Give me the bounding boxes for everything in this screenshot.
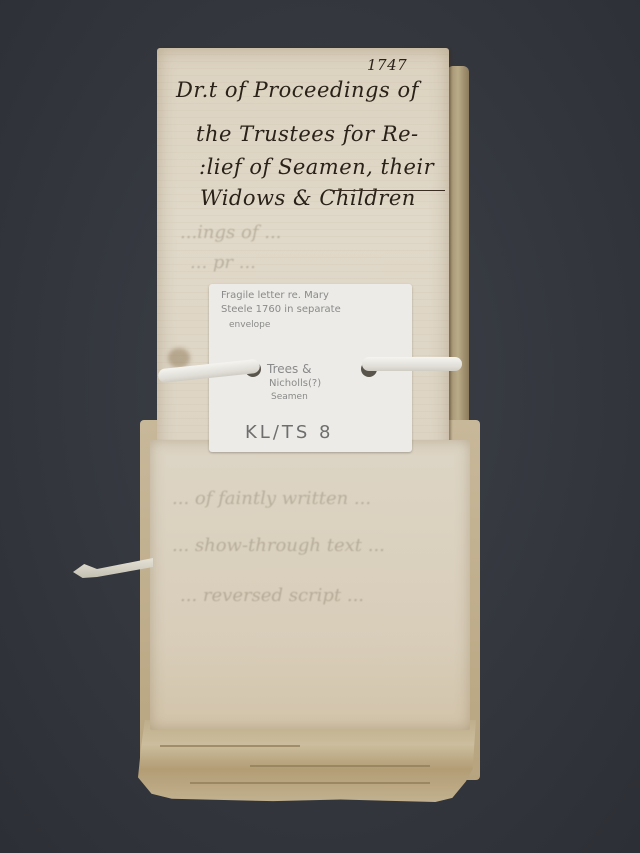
foxing-stain (168, 348, 190, 368)
show-through-text: ... reversed script ... (180, 585, 364, 606)
binding-tape (362, 357, 462, 371)
year-annotation: 1747 (367, 56, 407, 74)
tag-note: Trees & (267, 362, 311, 376)
document-bundle: 1747 Dr.t of Proceedings of the Trustees… (0, 0, 640, 853)
tag-note: Fragile letter re. Mary (221, 290, 329, 301)
show-through-text: ... of faintly written ... (172, 488, 371, 509)
tag-note: Nicholls(?) (269, 378, 321, 389)
tag-note: Steele 1760 in separate (221, 304, 341, 315)
show-through-text: ... show-through text ... (172, 535, 385, 556)
title-line-3: :lief of Seamen, their (199, 155, 434, 179)
title-line-2: the Trustees for Re- (196, 122, 419, 146)
tear-line (250, 765, 430, 767)
tear-line (190, 782, 430, 784)
title-underline (330, 190, 445, 191)
title-line-1: Dr.t of Proceedings of (176, 78, 419, 102)
show-through-text: ... pr ... (190, 252, 256, 273)
tear-line (160, 745, 300, 747)
worn-bottom-edge (138, 720, 476, 802)
shelfmark: KL/TS 8 (245, 422, 334, 443)
tag-note: Seamen (271, 392, 308, 402)
show-through-text: ...ings of ... (180, 222, 281, 243)
tag-note: envelope (229, 320, 270, 330)
